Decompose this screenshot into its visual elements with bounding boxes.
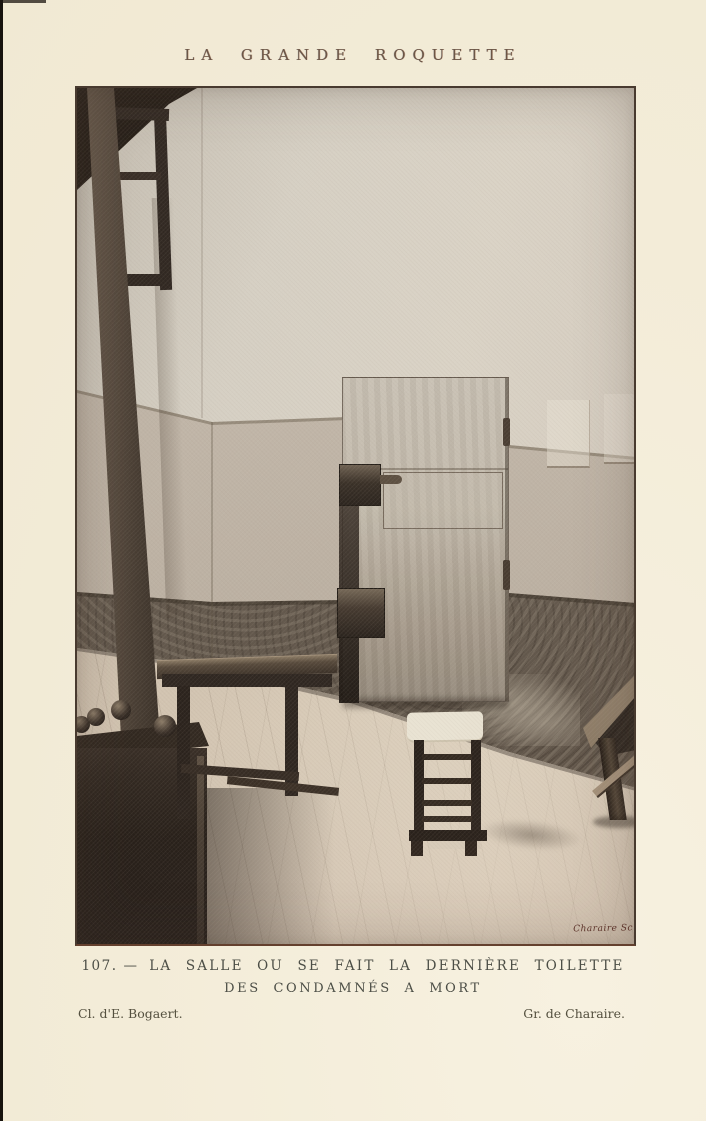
page-title: LA GRANDE ROQUETTE — [0, 46, 706, 64]
stool-rung — [422, 754, 472, 760]
bench-foot-shadow — [593, 816, 636, 828]
stool-rung — [422, 816, 472, 822]
door-hinge-lower — [503, 560, 510, 590]
scan-edge-top — [0, 0, 46, 3]
caption-line-2: DES CONDAMNÉS A MORT — [0, 981, 706, 996]
stove-ball-finial — [87, 708, 105, 726]
credits-row: Cl. d'E. Bogaert. Gr. de Charaire. — [78, 1006, 625, 1021]
room-corner-line — [211, 422, 213, 668]
table-leg — [177, 686, 190, 819]
cell-door — [342, 377, 509, 702]
stool-rung — [422, 800, 472, 806]
photo-plate: Charaire Sc — [75, 86, 636, 946]
wall-plaster-seam — [201, 88, 203, 418]
credit-photographer: Cl. d'E. Bogaert. — [78, 1006, 183, 1021]
stool-rung — [422, 778, 472, 784]
scan-edge-left — [0, 0, 3, 1121]
stool-foot — [411, 841, 423, 856]
credit-engraver: Gr. de Charaire. — [523, 1006, 625, 1021]
stool-base-runner — [409, 830, 487, 841]
book-page: LA GRANDE ROQUETTE — [0, 0, 706, 1121]
stove-floor-shadow — [205, 788, 335, 946]
pinned-paper — [547, 400, 590, 468]
engraver-signature: Charaire Sc — [555, 923, 633, 934]
door-lock-upper — [339, 464, 381, 506]
door-lock-lower — [337, 588, 385, 638]
stove-ball-finial — [111, 700, 131, 720]
door-bottom-shadow — [343, 698, 508, 708]
stool-side-rail — [471, 740, 481, 836]
stool-white-cloth — [407, 711, 483, 742]
plate-number: 107. — [81, 958, 117, 974]
stove-ball-finial — [154, 715, 176, 737]
door-hinge-upper — [503, 418, 510, 446]
caption-dash: — — [124, 958, 140, 974]
plate-caption: 107.—LA SALLE OU SE FAIT LA DERNIÈRE TOI… — [0, 958, 706, 996]
pinned-paper — [604, 394, 636, 464]
caption-line-1: 107.—LA SALLE OU SE FAIT LA DERNIÈRE TOI… — [0, 958, 706, 974]
caption-text: LA SALLE OU SE FAIT LA DERNIÈRE TOILETTE — [149, 958, 624, 974]
stool-foot — [465, 841, 477, 856]
stove-edge-highlight — [197, 756, 204, 946]
